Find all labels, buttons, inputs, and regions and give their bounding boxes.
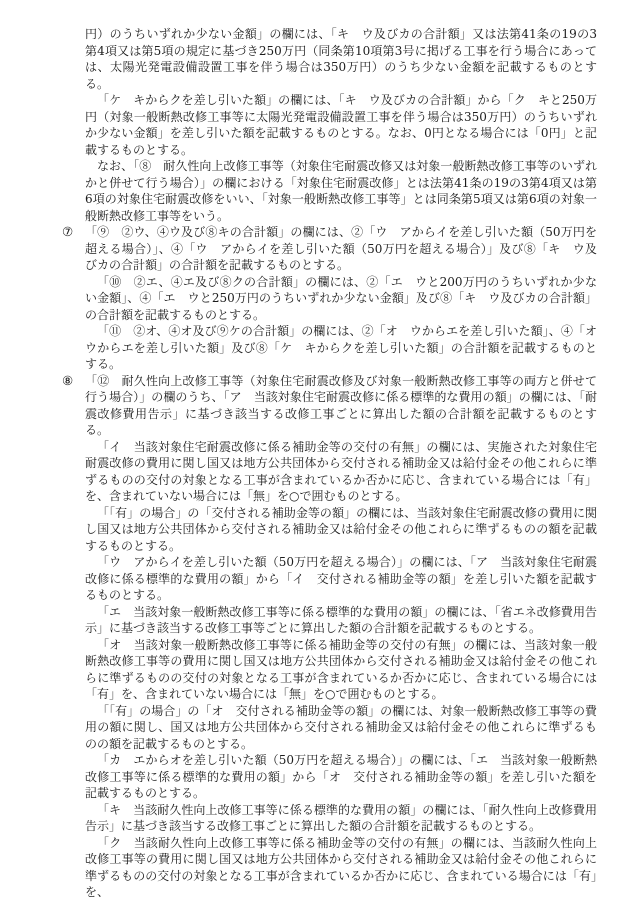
item-body: 「⑫ 耐久性向上改修工事等（対象住宅耐震改修及び対象一般断熱改修工事等の両方と併… <box>85 373 597 901</box>
item-paragraph: 「⑩ ②エ、④エ及び⑧クの合計額」の欄には、②「エ ウと200万円のうちいずれか… <box>85 274 597 324</box>
intro-paragraph: 円）のうちいずれか少ない金額」の欄には、「キ ウ及びカの合計額」又は法第41条の… <box>85 26 597 92</box>
document-content: 円）のうちいずれか少ない金額」の欄には、「キ ウ及びカの合計額」又は法第41条の… <box>85 26 597 901</box>
item-body: 「⑨ ②ウ、④ウ及び⑧キの合計額」の欄には、②「ウ アからイを差し引いた額（50… <box>85 224 597 373</box>
item-number-circled-8: ⑧ <box>62 373 84 390</box>
item-paragraph: 「ク 当該耐久性向上改修工事等に係る補助金等の交付の有無」の欄には、当該耐久性向… <box>85 835 597 901</box>
item-paragraph: 「キ 当該耐久性向上改修工事等に係る標準的な費用の額」の欄には、「耐久性向上改修… <box>85 802 597 835</box>
numbered-item-7: ⑦ 「⑨ ②ウ、④ウ及び⑧キの合計額」の欄には、②「ウ アからイを差し引いた額（… <box>85 224 597 373</box>
intro-paragraph: なお、「⑧ 耐久性向上改修工事等（対象住宅耐震改修又は対象一般断熱改修工事等のい… <box>85 158 597 224</box>
document-page: 円）のうちいずれか少ない金額」の欄には、「キ ウ及びカの合計額」又は法第41条の… <box>0 0 630 903</box>
intro-paragraph: 「ケ キからクを差し引いた額」の欄には、「キ ウ及びカの合計額」から「ク キと2… <box>85 92 597 158</box>
item-paragraph: 「「有」の場合」の「交付される補助金等の額」の欄には、当該対象住宅耐震改修の費用… <box>85 505 597 555</box>
numbered-item-8: ⑧ 「⑫ 耐久性向上改修工事等（対象住宅耐震改修及び対象一般断熱改修工事等の両方… <box>85 373 597 901</box>
item-paragraph: 「カ エからオを差し引いた額（50万円を超える場合）」の欄には、「エ 当該対象一… <box>85 752 597 802</box>
item-paragraph: 「イ 当該対象住宅耐震改修に係る補助金等の交付の有無」の欄には、実施された対象住… <box>85 439 597 505</box>
item-paragraph: 「ウ アからイを差し引いた額（50万円を超える場合）」の欄には、「ア 当該対象住… <box>85 554 597 604</box>
item-paragraph: 「エ 当該対象一般断熱改修工事等に係る標準的な費用の額」の欄には、「省エネ改修費… <box>85 604 597 637</box>
item-paragraph: 「オ 当該対象一般断熱改修工事等に係る補助金等の交付の有無」の欄には、当該対象一… <box>85 637 597 703</box>
intro-block: 円）のうちいずれか少ない金額」の欄には、「キ ウ及びカの合計額」又は法第41条の… <box>85 26 597 224</box>
item-paragraph: 「⑫ 耐久性向上改修工事等（対象住宅耐震改修及び対象一般断熱改修工事等の両方と併… <box>85 373 597 439</box>
item-number-circled-7: ⑦ <box>62 224 84 241</box>
item-paragraph: 「⑨ ②ウ、④ウ及び⑧キの合計額」の欄には、②「ウ アからイを差し引いた額（50… <box>85 224 597 274</box>
item-paragraph: 「「有」の場合」の「オ 交付される補助金等の額」の欄には、対象一般断熱改修工事等… <box>85 703 597 753</box>
item-paragraph: 「⑪ ②オ、④オ及び⑨ケの合計額」の欄には、②「オ ウからエを差し引いた額」、④… <box>85 323 597 373</box>
